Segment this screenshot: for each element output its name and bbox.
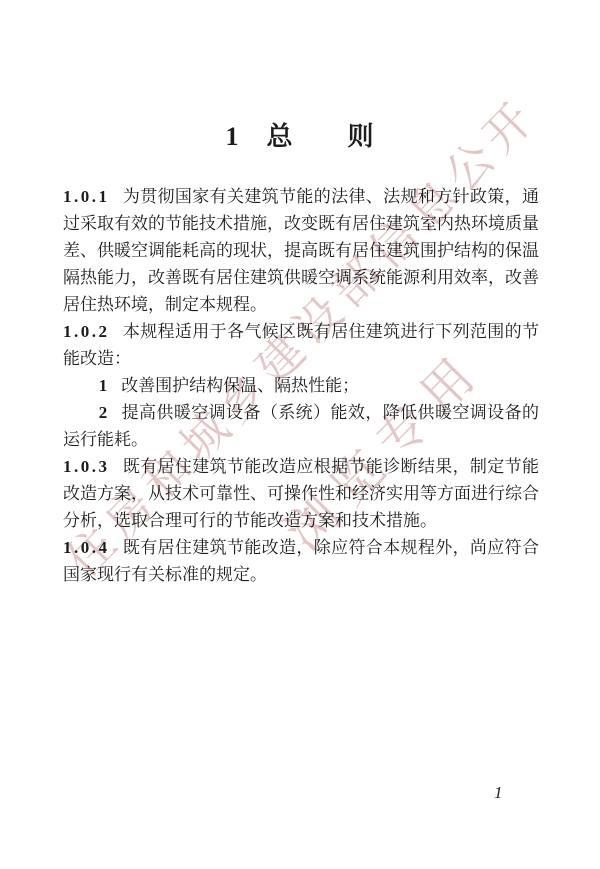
- item-number: 2: [99, 403, 108, 422]
- clause-number: 1.0.2: [63, 322, 110, 341]
- clause-1-0-4: 1.0.4既有居住建筑节能改造，除应符合本规程外，尚应符合国家现行有关标准的规定…: [63, 534, 539, 588]
- list-item-1: 1改善围护结构保温、隔热性能；: [63, 372, 539, 399]
- page-number: 1: [494, 783, 503, 803]
- clause-number: 1.0.3: [63, 457, 110, 476]
- clause-text: 既有居住建筑节能改造，除应符合本规程外，尚应符合国家现行有关标准的规定。: [63, 538, 539, 584]
- clause-text: 本规程适用于各气候区既有居住建筑进行下列范围的节能改造：: [63, 322, 539, 368]
- list-item-2: 2提高供暖空调设备（系统）能效，降低供暖空调设备的运行能耗。: [63, 399, 539, 453]
- item-number: 1: [99, 376, 108, 395]
- item-text: 改善围护结构保温、隔热性能；: [121, 376, 359, 395]
- clause-1-0-3: 1.0.3既有居住建筑节能改造应根据节能诊断结果，制定节能改造方案，从技术可靠性…: [63, 453, 539, 534]
- clause-text: 为贯彻国家有关建筑节能的法律、法规和方针政策，通过采取有效的节能技术措施，改变既…: [63, 187, 539, 314]
- item-text: 提高供暖空调设备（系统）能效，降低供暖空调设备的运行能耗。: [63, 403, 539, 449]
- document-body: 1.0.1为贯彻国家有关建筑节能的法律、法规和方针政策，通过采取有效的节能技术措…: [63, 183, 539, 588]
- clause-text: 既有居住建筑节能改造应根据节能诊断结果，制定节能改造方案，从技术可靠性、可操作性…: [63, 457, 539, 530]
- document-page: 住房和城乡建设部信息公开 浏览专用 1 总 则 1.0.1为贯彻国家有关建筑节能…: [0, 0, 600, 869]
- clause-1-0-1: 1.0.1为贯彻国家有关建筑节能的法律、法规和方针政策，通过采取有效的节能技术措…: [63, 183, 539, 318]
- clause-number: 1.0.1: [63, 187, 110, 206]
- clause-1-0-2: 1.0.2本规程适用于各气候区既有居住建筑进行下列范围的节能改造：: [63, 318, 539, 372]
- clause-number: 1.0.4: [63, 538, 110, 557]
- chapter-title: 1 总 则: [0, 116, 600, 153]
